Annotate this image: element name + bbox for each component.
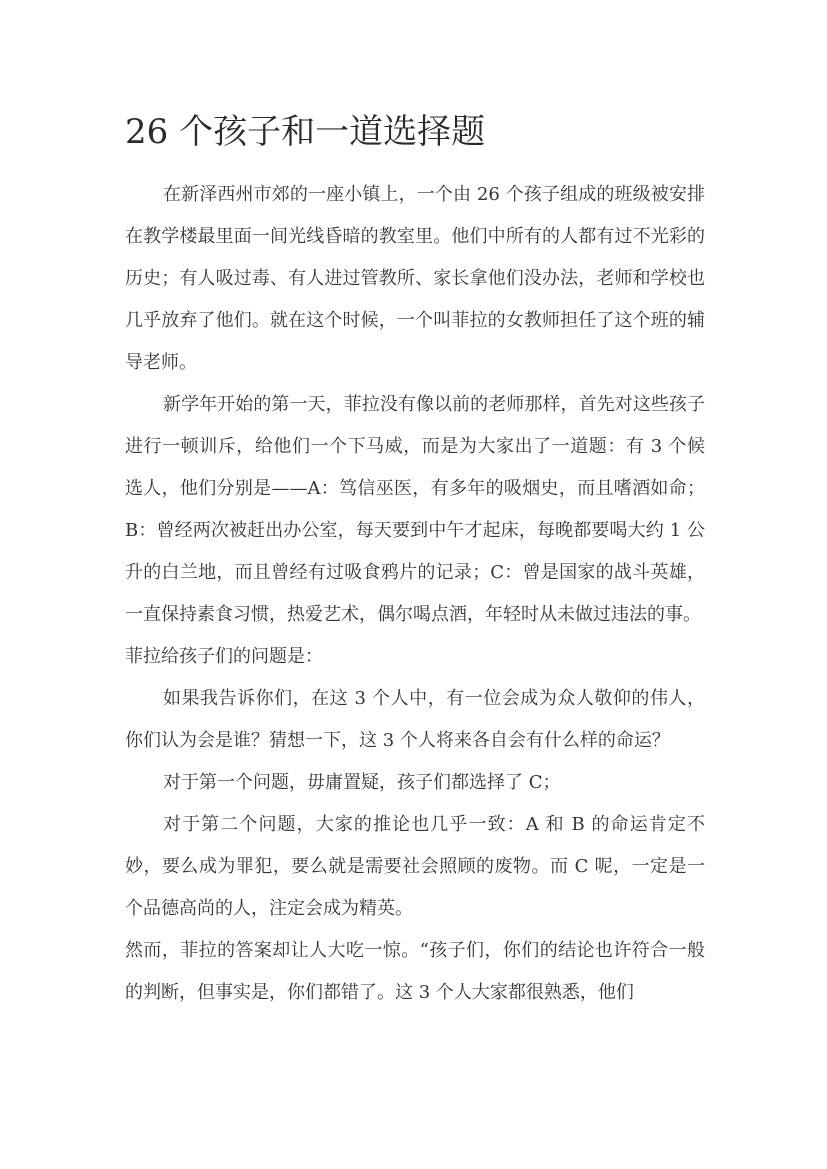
paragraph: 新学年开始的第一天，菲拉没有像以前的老师那样，首先对这些孩子进行一顿训斥，给他们… [125, 384, 705, 636]
paragraph: 在新泽西州市郊的一座小镇上，一个由 26 个孩子组成的班级被安排在教学楼最里面一… [125, 174, 705, 384]
document-page: 26 个孩子和一道选择题 在新泽西州市郊的一座小镇上，一个由 26 个孩子组成的… [125, 108, 705, 1014]
paragraph: 对于第一个问题，毋庸置疑，孩子们都选择了 C； [125, 762, 705, 804]
paragraph: 然而，菲拉的答案却让人大吃一惊。“孩子们，你们的结论也许符合一般的判断，但事实是… [125, 930, 705, 1014]
paragraph: 对于第二个问题，大家的推论也几乎一致：A 和 B 的命运肯定不妙，要么成为罪犯，… [125, 804, 705, 930]
paragraph: 菲拉给孩子们的问题是： [125, 636, 705, 678]
paragraph: 如果我告诉你们，在这 3 个人中，有一位会成为众人敬仰的伟人，你们认为会是谁？猜… [125, 678, 705, 762]
document-title: 26 个孩子和一道选择题 [125, 108, 705, 156]
